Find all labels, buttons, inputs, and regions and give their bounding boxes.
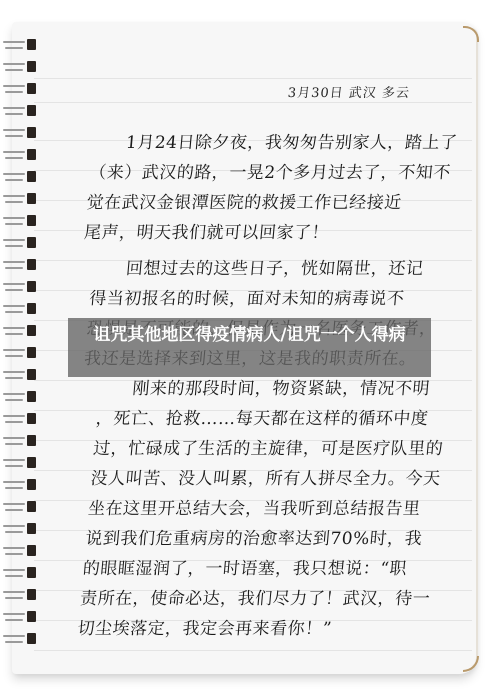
spiral-coil-icon [3, 610, 37, 624]
spiral-coil-icon [3, 60, 37, 74]
handwritten-line: 得当初报名的时候，面对未知的病毒说不 [88, 284, 439, 314]
spiral-coil-icon [3, 500, 37, 514]
handwritten-line: 回想过去的这些日子，恍如隔世，还记 [91, 254, 442, 284]
handwritten-line: 没人叫苦、没人叫累，所有人拼尽全力。今天 [89, 464, 440, 494]
diary-date-header: 3月30日 武汉 多云 [287, 82, 411, 101]
ruled-line [34, 102, 472, 103]
spiral-coil-icon [3, 324, 37, 338]
spiral-coil-icon [3, 82, 37, 96]
spiral-coil-icon [3, 412, 37, 426]
spiral-coil-icon [3, 346, 37, 360]
page-edge [470, 28, 478, 666]
ruled-line [34, 650, 472, 651]
spiral-coil-icon [3, 214, 37, 228]
page-corner-bottom-right [463, 656, 479, 672]
spiral-binding [3, 38, 37, 654]
handwritten-line: 责所在，使命必达，我们尽力了！武汉，待一 [79, 584, 430, 614]
spiral-coil-icon [3, 192, 37, 206]
handwritten-line: 切尘埃落定，我定会再来看你！” [76, 614, 427, 644]
spiral-coil-icon [3, 126, 37, 140]
diary-paragraph: 1月24日除夕夜，我匆匆告别家人，踏上了 （来）武汉的路，一晃2个多月过去了，不… [83, 128, 441, 248]
spiral-coil-icon [3, 258, 37, 272]
spiral-coil-icon [3, 566, 37, 580]
spiral-coil-icon [3, 522, 37, 536]
spiral-coil-icon [3, 544, 37, 558]
spiral-coil-icon [3, 368, 37, 382]
diary-paragraph: 刚来的那段时间，物资紧缺，情况不明 ，死亡、抢救……每天都在这样的循环中度 过，… [76, 374, 448, 644]
ruled-line [34, 78, 472, 79]
handwritten-line: 1月24日除夕夜，我匆匆告别家人，踏上了 [91, 128, 442, 158]
spiral-coil-icon [3, 170, 37, 184]
spiral-coil-icon [3, 280, 37, 294]
title-overlay-banner: 诅咒其他地区得疫情病人/诅咒一个人得病 [68, 318, 431, 377]
spiral-coil-icon [3, 148, 37, 162]
handwritten-line: 的眼眶湿润了，一时语塞，我只想说：“职 [81, 554, 432, 584]
spiral-coil-icon [3, 434, 37, 448]
overlay-title: 诅咒其他地区得疫情病人/诅咒一个人得病 [68, 324, 431, 346]
handwritten-line: 尾声，明天我们就可以回家了！ [83, 218, 434, 248]
page-corner-top-right [463, 26, 479, 42]
handwritten-line: 刚来的那段时间，物资紧缺，情况不明 [97, 374, 448, 404]
handwritten-line: 过，忙碌成了生活的主旋律，可是医疗队里的 [92, 434, 443, 464]
handwritten-line: 觉在武汉金银潭医院的救援工作已经接近 [85, 188, 436, 218]
spiral-coil-icon [3, 104, 37, 118]
spiral-coil-icon [3, 588, 37, 602]
spiral-coil-icon [3, 632, 37, 646]
spiral-coil-icon [3, 478, 37, 492]
handwritten-line: 说到我们危重病房的治愈率达到70%时，我 [84, 524, 435, 554]
handwritten-line: ，死亡、抢救……每天都在这样的循环中度 [95, 404, 446, 434]
spiral-coil-icon [3, 236, 37, 250]
spiral-coil-icon [3, 390, 37, 404]
spiral-coil-icon [3, 302, 37, 316]
spiral-coil-icon [3, 38, 37, 52]
handwritten-line: （来）武汉的路，一晃2个多月过去了，不知不 [88, 158, 439, 188]
spiral-coil-icon [3, 456, 37, 470]
handwritten-line: 坐在这里开总结大会，当我听到总结报告里 [87, 494, 438, 524]
